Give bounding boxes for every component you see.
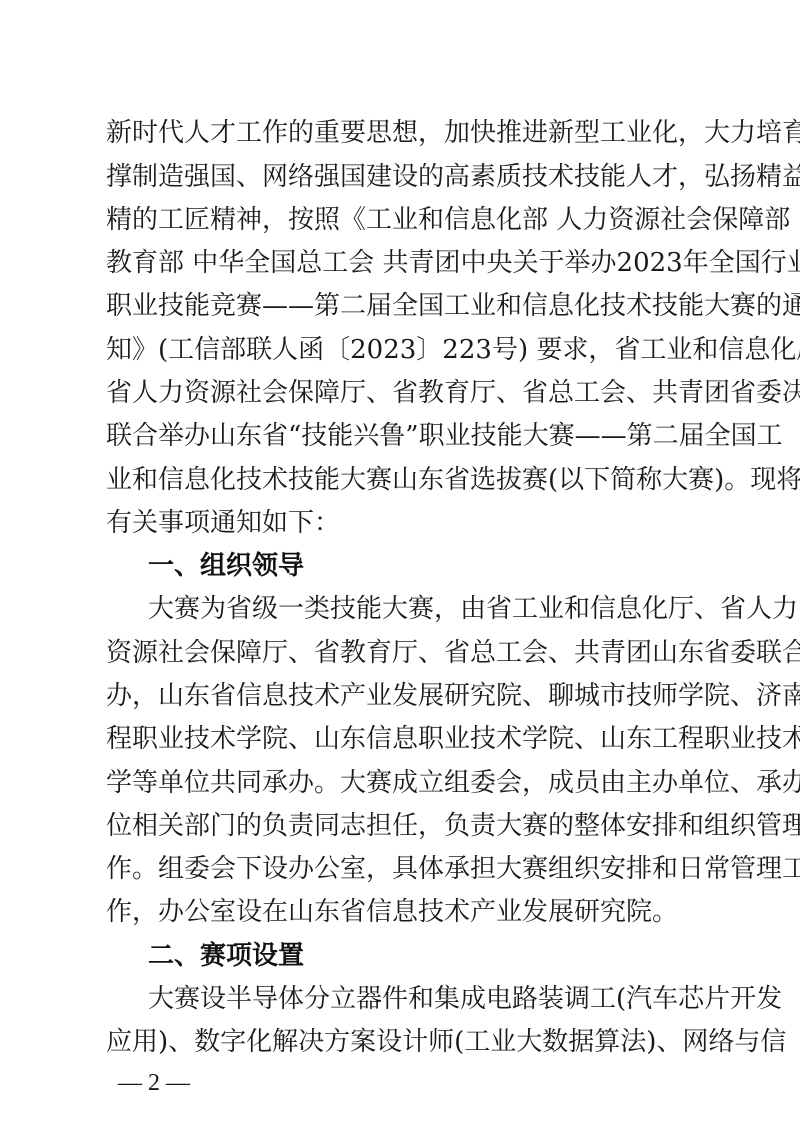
paragraph-line: 联合举办山东省“技能兴鲁”职业技能大赛——第二届全国工 bbox=[106, 421, 694, 451]
paragraph-line: 程职业技术学院、山东信息职业技术学院、山东工程职业技术大 bbox=[106, 724, 694, 754]
paragraph-line: 大赛设半导体分立器件和集成电路装调工(汽车芯片开发 bbox=[148, 984, 694, 1014]
paragraph-line: 作。组委会下设办公室，具体承担大赛组织安排和日常管理工 bbox=[106, 854, 694, 884]
paragraph-line: 有关事项通知如下： bbox=[106, 508, 694, 538]
paragraph-line: 精的工匠精神，按照《工业和信息化部 人力资源社会保障部 bbox=[106, 205, 694, 235]
document-page: 新时代人才工作的重要思想，加快推进新型工业化，大力培育支 撑制造强国、网络强国建… bbox=[0, 0, 800, 1132]
paragraph-line: 办，山东省信息技术产业发展研究院、聊城市技师学院、济南工 bbox=[106, 681, 694, 711]
paragraph-line: 职业技能竞赛——第二届全国工业和信息化技术技能大赛的通 bbox=[106, 291, 694, 321]
paragraph-line: 作，办公室设在山东省信息技术产业发展研究院。 bbox=[106, 897, 694, 927]
paragraph-line: 教育部 中华全国总工会 共青团中央关于举办2023年全国行业 bbox=[106, 248, 694, 278]
paragraph-line: 撑制造强国、网络强国建设的高素质技术技能人才，弘扬精益求 bbox=[106, 162, 694, 192]
paragraph-line: 位相关部门的负责同志担任，负责大赛的整体安排和组织管理工 bbox=[106, 811, 694, 841]
section-heading-organization: 一、组织领导 bbox=[148, 551, 304, 581]
paragraph-line: 业和信息化技术技能大赛山东省选拔赛(以下简称大赛)。现将 bbox=[106, 465, 694, 495]
paragraph-line: 学等单位共同承办。大赛成立组委会，成员由主办单位、承办单 bbox=[106, 768, 694, 798]
paragraph-line: 大赛为省级一类技能大赛，由省工业和信息化厅、省人力 bbox=[148, 594, 694, 624]
paragraph-line: 知》(工信部联人函〔2023〕223号) 要求，省工业和信息化厅、 bbox=[106, 335, 694, 365]
paragraph-line: 应用)、数字化解决方案设计师(工业大数据算法)、网络与信 bbox=[106, 1027, 694, 1057]
page-number: — 2 — bbox=[118, 1068, 190, 1098]
paragraph-line: 资源社会保障厅、省教育厅、省总工会、共青团山东省委联合主 bbox=[106, 638, 694, 668]
section-heading-events: 二、赛项设置 bbox=[148, 941, 304, 971]
paragraph-line: 省人力资源社会保障厅、省教育厅、省总工会、共青团省委决定 bbox=[106, 378, 694, 408]
paragraph-line: 新时代人才工作的重要思想，加快推进新型工业化，大力培育支 bbox=[106, 118, 694, 148]
